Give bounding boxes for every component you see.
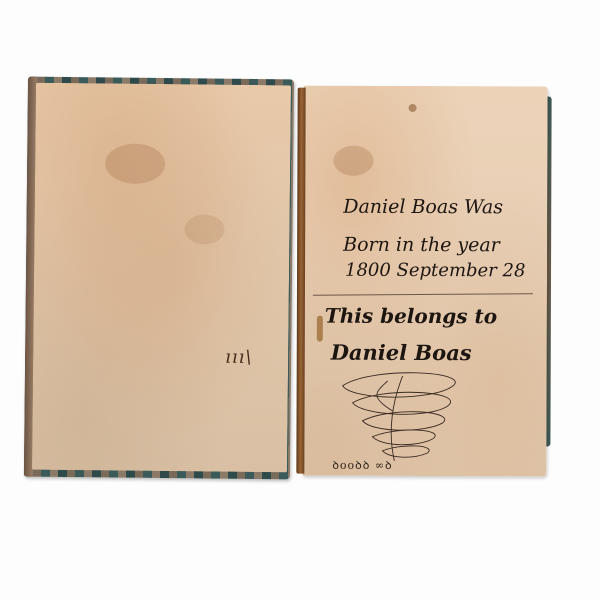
inscription-line-1: Daniel Boas Was <box>343 196 503 219</box>
pen-marks: ııı\ <box>225 347 253 368</box>
left-book-cover: ııı\ <box>24 77 294 480</box>
footer-doodle: ꝺooꝺꝺ ∞ꝺ <box>332 458 392 473</box>
stain <box>409 104 417 112</box>
inscription-line-5: Daniel Boas <box>331 340 472 365</box>
stain <box>333 146 373 176</box>
left-endpaper <box>32 83 291 473</box>
photo-stage: ııı\ Daniel Boas Was Born in the year 18… <box>0 0 600 600</box>
right-book-cover: Daniel Boas Was Born in the year 1800 Se… <box>296 86 547 477</box>
ruled-line <box>313 293 533 296</box>
stain <box>184 214 224 244</box>
stain <box>317 316 323 342</box>
stain <box>105 143 165 184</box>
inscription-line-4: This belongs to <box>325 304 497 329</box>
calligraphic-flourish <box>332 371 482 467</box>
leather-spine-edge <box>296 88 305 474</box>
inscription-line-2: Born in the year <box>343 234 500 257</box>
inscription-line-3: 1800 September 28 <box>345 260 525 282</box>
inscription-page: Daniel Boas Was Born in the year 1800 Se… <box>302 86 547 477</box>
